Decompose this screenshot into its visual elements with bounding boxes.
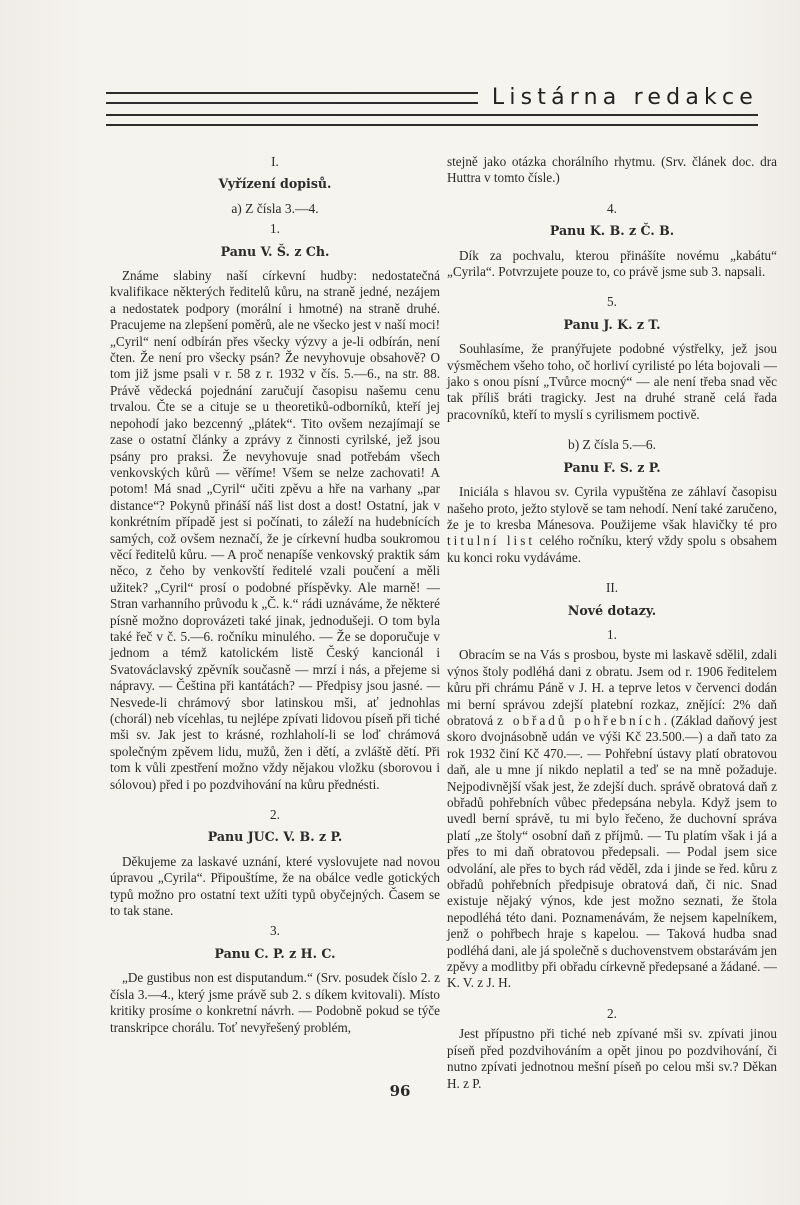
- header-rule: [106, 102, 478, 104]
- query-text: Obracím se na Vás s prosbou, byste mi la…: [447, 647, 777, 992]
- section-numeral: I.: [110, 154, 440, 170]
- item-heading: Panu K. B. z Č. B.: [447, 223, 777, 239]
- section-numeral: II.: [447, 580, 777, 596]
- item-heading: Panu J. K. z T.: [447, 317, 777, 333]
- spaced-emphasis: z obřadů pohřebních: [497, 713, 664, 728]
- item-number: 1.: [110, 221, 440, 237]
- item-number: 2.: [110, 807, 440, 823]
- header-rule: [106, 114, 758, 116]
- reply-text: Známe slabiny naší církevní hudby: nedos…: [110, 268, 440, 793]
- reply-text-continued: stejně jako otázka chorálního rhytmu. (S…: [447, 154, 777, 187]
- item-number: 1.: [447, 627, 777, 643]
- item-number: 2.: [447, 1006, 777, 1022]
- spaced-emphasis: titulní list: [447, 533, 535, 548]
- item-heading: Panu F. S. z P.: [447, 460, 777, 476]
- header-rule: [106, 92, 478, 94]
- section-heading: Vyřízení dopisů.: [110, 176, 440, 192]
- reply-text: Děkujeme za laskavé uznání, které vyslov…: [110, 854, 440, 920]
- issue-subheading: a) Z čísla 3.—4.: [110, 201, 440, 217]
- reply-text: Iniciála s hlavou sv. Cyrila vypuštěna z…: [447, 484, 777, 566]
- item-number: 3.: [110, 923, 440, 939]
- section-title: Listárna redakce: [492, 86, 758, 110]
- left-column: I. Vyřízení dopisů. a) Z čísla 3.—4. 1. …: [110, 150, 440, 1036]
- item-heading: Panu C. P. z H. C.: [110, 946, 440, 962]
- page-header: Listárna redakce: [106, 84, 758, 134]
- item-heading: Panu JUC. V. B. z P.: [110, 829, 440, 845]
- item-heading: Panu V. Š. z Ch.: [110, 244, 440, 260]
- item-number: 4.: [447, 201, 777, 217]
- item-number: 5.: [447, 294, 777, 310]
- reply-text: Souhlasíme, že pranýřujete podobné výstř…: [447, 341, 777, 423]
- reply-text: „De gustibus non est disputandum.“ (Srv.…: [110, 970, 440, 1036]
- page-number: 96: [0, 1082, 800, 1100]
- header-rule: [106, 124, 758, 126]
- magazine-page: Listárna redakce I. Vyřízení dopisů. a) …: [0, 0, 800, 1205]
- reply-text: Dík za pochvalu, kterou přinášíte novému…: [447, 248, 777, 281]
- section-heading: Nové dotazy.: [447, 603, 777, 619]
- right-column: stejně jako otázka chorálního rhytmu. (S…: [447, 154, 777, 1092]
- issue-subheading: b) Z čísla 5.—6.: [447, 437, 777, 453]
